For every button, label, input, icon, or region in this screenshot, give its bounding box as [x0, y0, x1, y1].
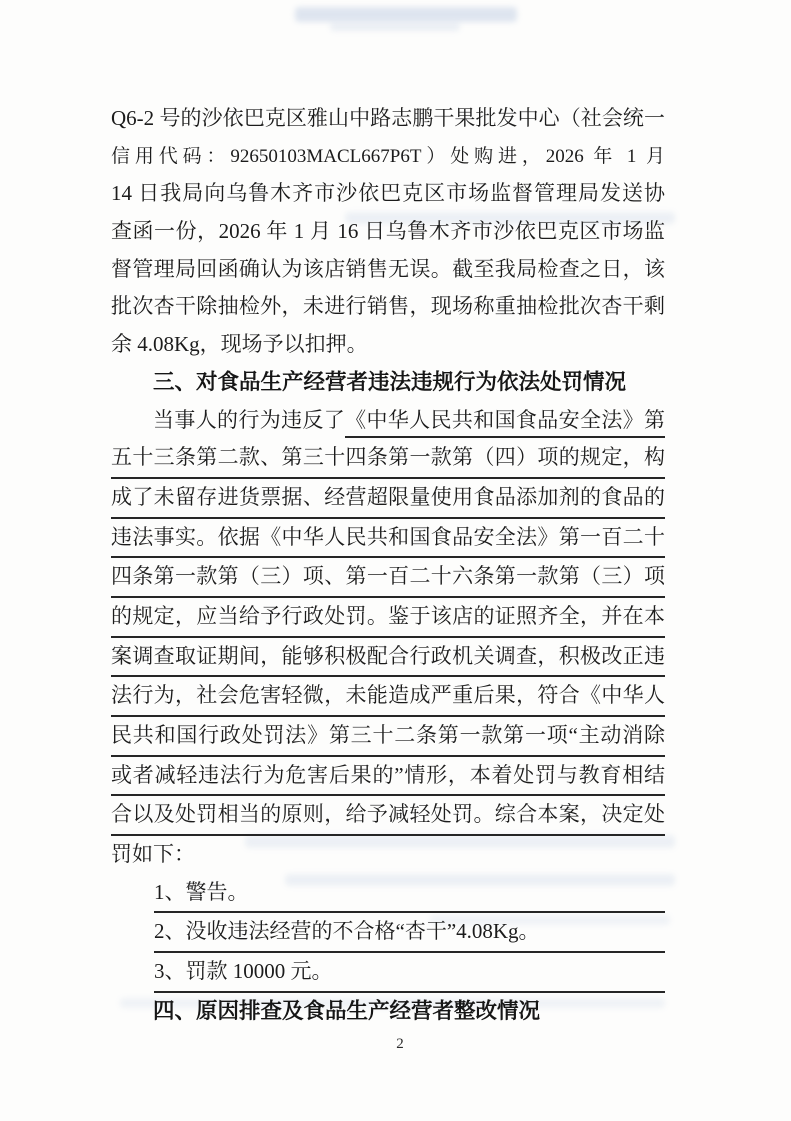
text-line: 或者减轻违法行为危害后果的”情形，本着处罚与教育相结: [111, 757, 665, 797]
text-line: 督管理局回函确认为该店销售无误。截至我局检查之日，该: [111, 251, 665, 289]
page-number: 2: [384, 1036, 416, 1053]
text-line: Q6-2 号的沙依巴克区雅山中路志鹏干果批发中心（社会统一: [111, 100, 665, 138]
text-line: 案调查取证期间，能够积极配合行政机关调查，积极改正违: [111, 638, 665, 678]
text-line: 违法事实。依据《中华人民共和国食品安全法》第一百二十: [111, 519, 665, 559]
text-line: 信用代码：92650103MACL667P6T）处购进，2026 年 1 月: [111, 138, 665, 176]
document-body: Q6-2 号的沙依巴克区雅山中路志鹏干果批发中心（社会统一信用代码：926501…: [111, 100, 665, 1031]
bleed-through-artifact: [330, 23, 460, 31]
text-line: 当事人的行为违反了《中华人民共和国食品安全法》第: [111, 402, 665, 440]
text-line: 法行为，社会危害轻微，未能造成严重后果，符合《中华人: [111, 677, 665, 717]
penalty-item: 3、罚款 10000 元。: [154, 953, 665, 993]
text-line: 成了未留存进货票据、经营超限量使用食品添加剂的食品的: [111, 479, 665, 519]
text-line: 余 4.08Kg，现场予以扣押。: [111, 326, 665, 364]
text-line: 查函一份，2026 年 1 月 16 日乌鲁木齐市沙依巴克区市场监: [111, 213, 665, 251]
penalty-item: 2、没收违法经营的不合格“杏干”4.08Kg。: [154, 913, 665, 953]
scanned-document-page: Q6-2 号的沙依巴克区雅山中路志鹏干果批发中心（社会统一信用代码：926501…: [0, 0, 791, 1121]
text-line: 14 日我局向乌鲁木齐市沙依巴克区市场监督管理局发送协: [111, 175, 665, 213]
text-line: 的规定，应当给予行政处罚。鉴于该店的证照齐全，并在本: [111, 598, 665, 638]
text-line: 批次杏干除抽检外，未进行销售，现场称重抽检批次杏干剩: [111, 288, 665, 326]
text-line: 罚如下：: [111, 836, 665, 874]
penalty-item: 1、警告。: [154, 874, 665, 914]
section-heading: 三、对食品生产经营者违法违规行为依法处罚情况: [111, 364, 665, 402]
section-heading: 四、原因排查及食品生产经营者整改情况: [111, 993, 665, 1031]
text-line: 五十三条第二款、第三十四条第一款第（四）项的规定，构: [111, 439, 665, 479]
text-line: 四条第一款第（三）项、第一百二十六条第一款第（三）项: [111, 558, 665, 598]
text-line: 合以及处罚相当的原则，给予减轻处罚。综合本案，决定处: [111, 796, 665, 836]
underlined-text-segment: 《中华人民共和国食品安全法》第: [345, 408, 665, 438]
text-line: 民共和国行政处罚法》第三十二条第一款第一项“主动消除: [111, 717, 665, 757]
bleed-through-artifact: [295, 7, 517, 22]
plain-text-segment: 当事人的行为违反了: [153, 408, 345, 432]
